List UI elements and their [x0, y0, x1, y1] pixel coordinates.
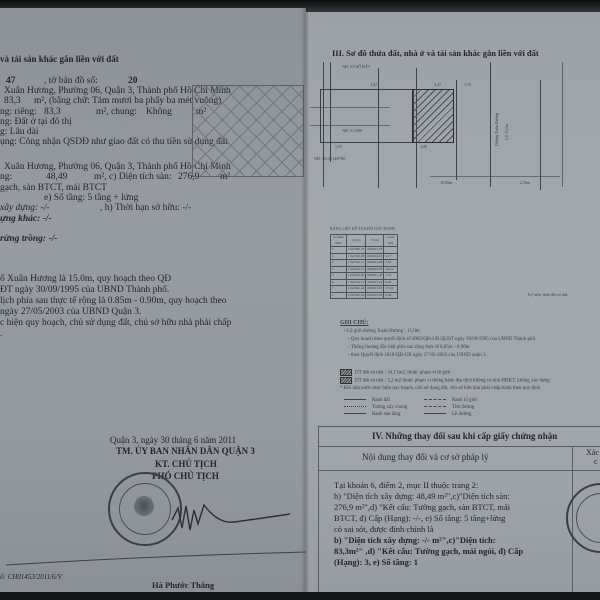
photo-bottom-edge	[0, 592, 600, 600]
shared-use-value: Không	[146, 107, 172, 118]
land-parcel-outline	[320, 89, 414, 143]
line-style-icon	[424, 399, 446, 400]
coord-cell: 1	[331, 292, 347, 299]
coord-cell: 1192560,44	[346, 286, 366, 293]
diagram-label: 2,41	[434, 82, 441, 87]
coord-cell: 600493,78	[366, 247, 384, 254]
legend-label: Tim đường	[452, 405, 474, 410]
section4-col-content: Nội dung thay đổi và cơ sở pháp lý	[362, 452, 489, 463]
legend-area-1-text: DT đất và nhà : 34,13m2, thuộc phạm vi l…	[355, 371, 450, 376]
diagram-label: 1,70	[464, 82, 471, 87]
coord-table-title: BẢNG LIỆT KÊ TỌA ĐỘ GÓC RANH	[330, 226, 395, 231]
floor-area-label: m², c) Diện tích sàn:	[94, 172, 172, 183]
legend-item: Lề đường	[424, 412, 471, 418]
table-row: 11192560,47600493,780,06	[331, 292, 398, 299]
diagram-label: NĐ: 3.1/000	[342, 128, 362, 133]
diagram-label: 2,50m	[520, 180, 530, 185]
parcel-diagram: NĐ: 5/3 SỐ ĐẤT 3,82 2,41 1,70 1,55 4,00 …	[330, 60, 600, 190]
note-line: - theo Quyết định 1818/QĐ-UB ngày 27-05-…	[348, 353, 487, 359]
change-line: b) "Diện tích xây dựng: 48,49 m²",c)"Diệ…	[334, 491, 510, 502]
coord-cell: 600497,44	[366, 279, 384, 286]
ownership-term: , h) Thời hạn sở hữu: -/-	[100, 203, 191, 214]
coord-cell: 1192556,17	[346, 260, 366, 267]
coord-cell: 0,06	[384, 292, 398, 299]
street-label: Đường Xuân Hương	[494, 113, 499, 146]
coord-header: Cạnh (m)	[384, 235, 398, 247]
coordinate-table: Số hiệu điểmX (m)Y (m)Cạnh (m) 11192560,…	[330, 234, 398, 299]
diagram-label: 4,00	[420, 144, 427, 149]
note-line: • Lộ giới đường Xuân Hương : 15,0m	[344, 329, 420, 335]
coord-cell: 1192545,09	[346, 273, 366, 280]
note-line: .	[0, 329, 2, 340]
road-width-label: LG 15,0m	[504, 124, 509, 140]
legend-area-2: DT đất và nhà : 3,2 m2 thuộc phạm vi thô…	[340, 377, 550, 385]
legend-item: Tim đường	[424, 405, 474, 411]
coord-cell: 600494,81	[366, 253, 384, 260]
line-style-icon	[424, 406, 446, 407]
coord-cell: 600493,78	[366, 292, 384, 299]
legend-label: Ranh sàn tầng	[372, 412, 400, 417]
coord-cell: 600493,83	[366, 286, 384, 293]
coord-cell: 1192560,47	[346, 292, 366, 299]
diagram-label: 1,55	[335, 144, 342, 149]
legend-note: * Khi nhà nước thực hiện quy hoạch, chủ …	[340, 386, 540, 392]
note-line: ĐT ngày 30/09/1995 của UBND Thành phố.	[0, 285, 169, 296]
legend-area-2-text: DT đất và nhà : 3,2 m2 thuộc phạm vi thô…	[355, 379, 550, 384]
line-style-icon	[344, 406, 366, 407]
build-area-label: ng:	[0, 172, 12, 183]
change-line: có sai sót, được đính chính là	[334, 524, 434, 535]
notes-title: GHI CHÚ:	[340, 320, 369, 326]
land-area-value: 83,3	[4, 96, 21, 107]
line-style-icon	[344, 399, 366, 400]
coord-header: Y (m)	[366, 235, 384, 247]
legend-area-1: DT đất và nhà : 34,13m2, thuộc phạm vi l…	[340, 369, 450, 377]
legend-label: Tường xây chung	[372, 405, 407, 410]
change-line: Tại khoản 6, điểm 2, mục II thuộc trang …	[334, 480, 478, 491]
signature-underline	[0, 550, 310, 570]
section3-title: III. Sơ đồ thửa đất, nhà ở và tài sản kh…	[332, 48, 539, 59]
hatched-area-icon	[412, 89, 454, 143]
registry-number: ố: CH01453/2011/6/V	[0, 572, 62, 583]
coord-cell: 1192560,47	[346, 247, 366, 254]
hatch-swatch-icon	[340, 369, 352, 376]
note-line: ngày 27/05/2003 của UBND Quận 3.	[0, 307, 141, 318]
national-emblem-icon	[134, 496, 154, 516]
location-map-inset	[192, 85, 304, 177]
change-line-corrected: 83,3m²" ,d) "Kết cấu: Tường gạch, mái ng…	[334, 546, 523, 557]
build-year: xây dựng: -/-	[0, 203, 50, 214]
coord-cell: 1192560,09	[346, 253, 366, 260]
coord-cell: 1192544,12	[346, 279, 366, 286]
section4-title: IV. Những thay đổi sau khi cấp giấy chứn…	[372, 431, 557, 442]
legend-item: Ranh lộ giới	[424, 398, 477, 404]
coord-cell: 600492,96	[366, 260, 384, 267]
shared-use-label: m², chung:	[96, 107, 137, 118]
legend-label: Lề đường	[452, 412, 471, 417]
change-line: BTCT, đ) Cấp (Hạng): -/-, e) Số tầng: 5 …	[334, 513, 505, 524]
issue-date-line: Quận 3, ngày 30 tháng 6 năm 2011	[110, 435, 236, 446]
build-area-value: 48,49	[46, 172, 67, 183]
seal-inner-ring-icon	[576, 493, 600, 543]
note-line: lịch phía sau thực tế rộng là 0.85m - 0.…	[0, 296, 227, 307]
diagram-label: NĐ: 10/20/14/0790	[314, 156, 345, 161]
section4-col-confirm-2: c	[594, 456, 598, 467]
diagram-label: NĐ: 5/3 SỐ ĐẤT	[342, 64, 370, 69]
coord-cell: 600491,38	[366, 273, 384, 280]
kt-chairman: KT. CHỦ TỊCH	[155, 459, 217, 470]
change-line-corrected: b) "Diện tích xây dựng: -/- m²",c)"Diện …	[334, 535, 496, 546]
change-line-corrected: (Hạng): 3, e) Số tầng: 1	[334, 557, 418, 568]
other-works: ựng khác: -/-	[0, 214, 52, 225]
coord-cell: 600489,98	[366, 266, 384, 273]
note-line: - Thông thoáng đặc biệt phía sau rộng th…	[348, 345, 469, 351]
signer-name: Hà Phước Thắng	[152, 580, 214, 591]
hatch-swatch-icon	[340, 377, 352, 384]
diagram-label: 3,82	[370, 82, 377, 87]
left-section-heading: và tài sản khác gắn liền với đất	[0, 54, 119, 65]
change-line: 276,9 m²",d) "Kết cấu: Tường gạch, sàn B…	[334, 502, 510, 513]
legend-label: Ranh lộ giới	[452, 398, 477, 403]
diagram-label: 10,00m	[440, 180, 452, 185]
diagram-scale-note: Ký hiệu: thửa đất có nhà	[528, 292, 567, 297]
coord-header: X (m)	[346, 235, 366, 247]
coord-cell: 1192546,37	[346, 266, 366, 273]
note-line: ố Xuân Hương là 15.0m, quy hoạch theo QĐ	[0, 274, 171, 285]
coord-header: Số hiệu điểm	[331, 235, 347, 247]
legend-item: Tường xây chung	[344, 405, 407, 411]
perennial-trees: rừng trồng: -/-	[0, 234, 57, 245]
legend-item: Ranh đất	[344, 398, 390, 404]
issuing-authority: TM. ỦY BAN NHÂN DÂN QUẬN 3	[116, 446, 255, 457]
signature-icon	[170, 500, 310, 540]
note-line: c hiện quy hoạch, chủ sử dụng đất, chủ s…	[0, 318, 231, 329]
legend-label: Ranh đất	[372, 398, 390, 403]
line-style-icon	[424, 413, 446, 414]
line-style-icon	[344, 413, 366, 414]
note-line: - Quy hoạch theo quyết định số 6982/QĐ-U…	[348, 337, 536, 343]
legend-item: Ranh sàn tầng	[344, 412, 400, 418]
